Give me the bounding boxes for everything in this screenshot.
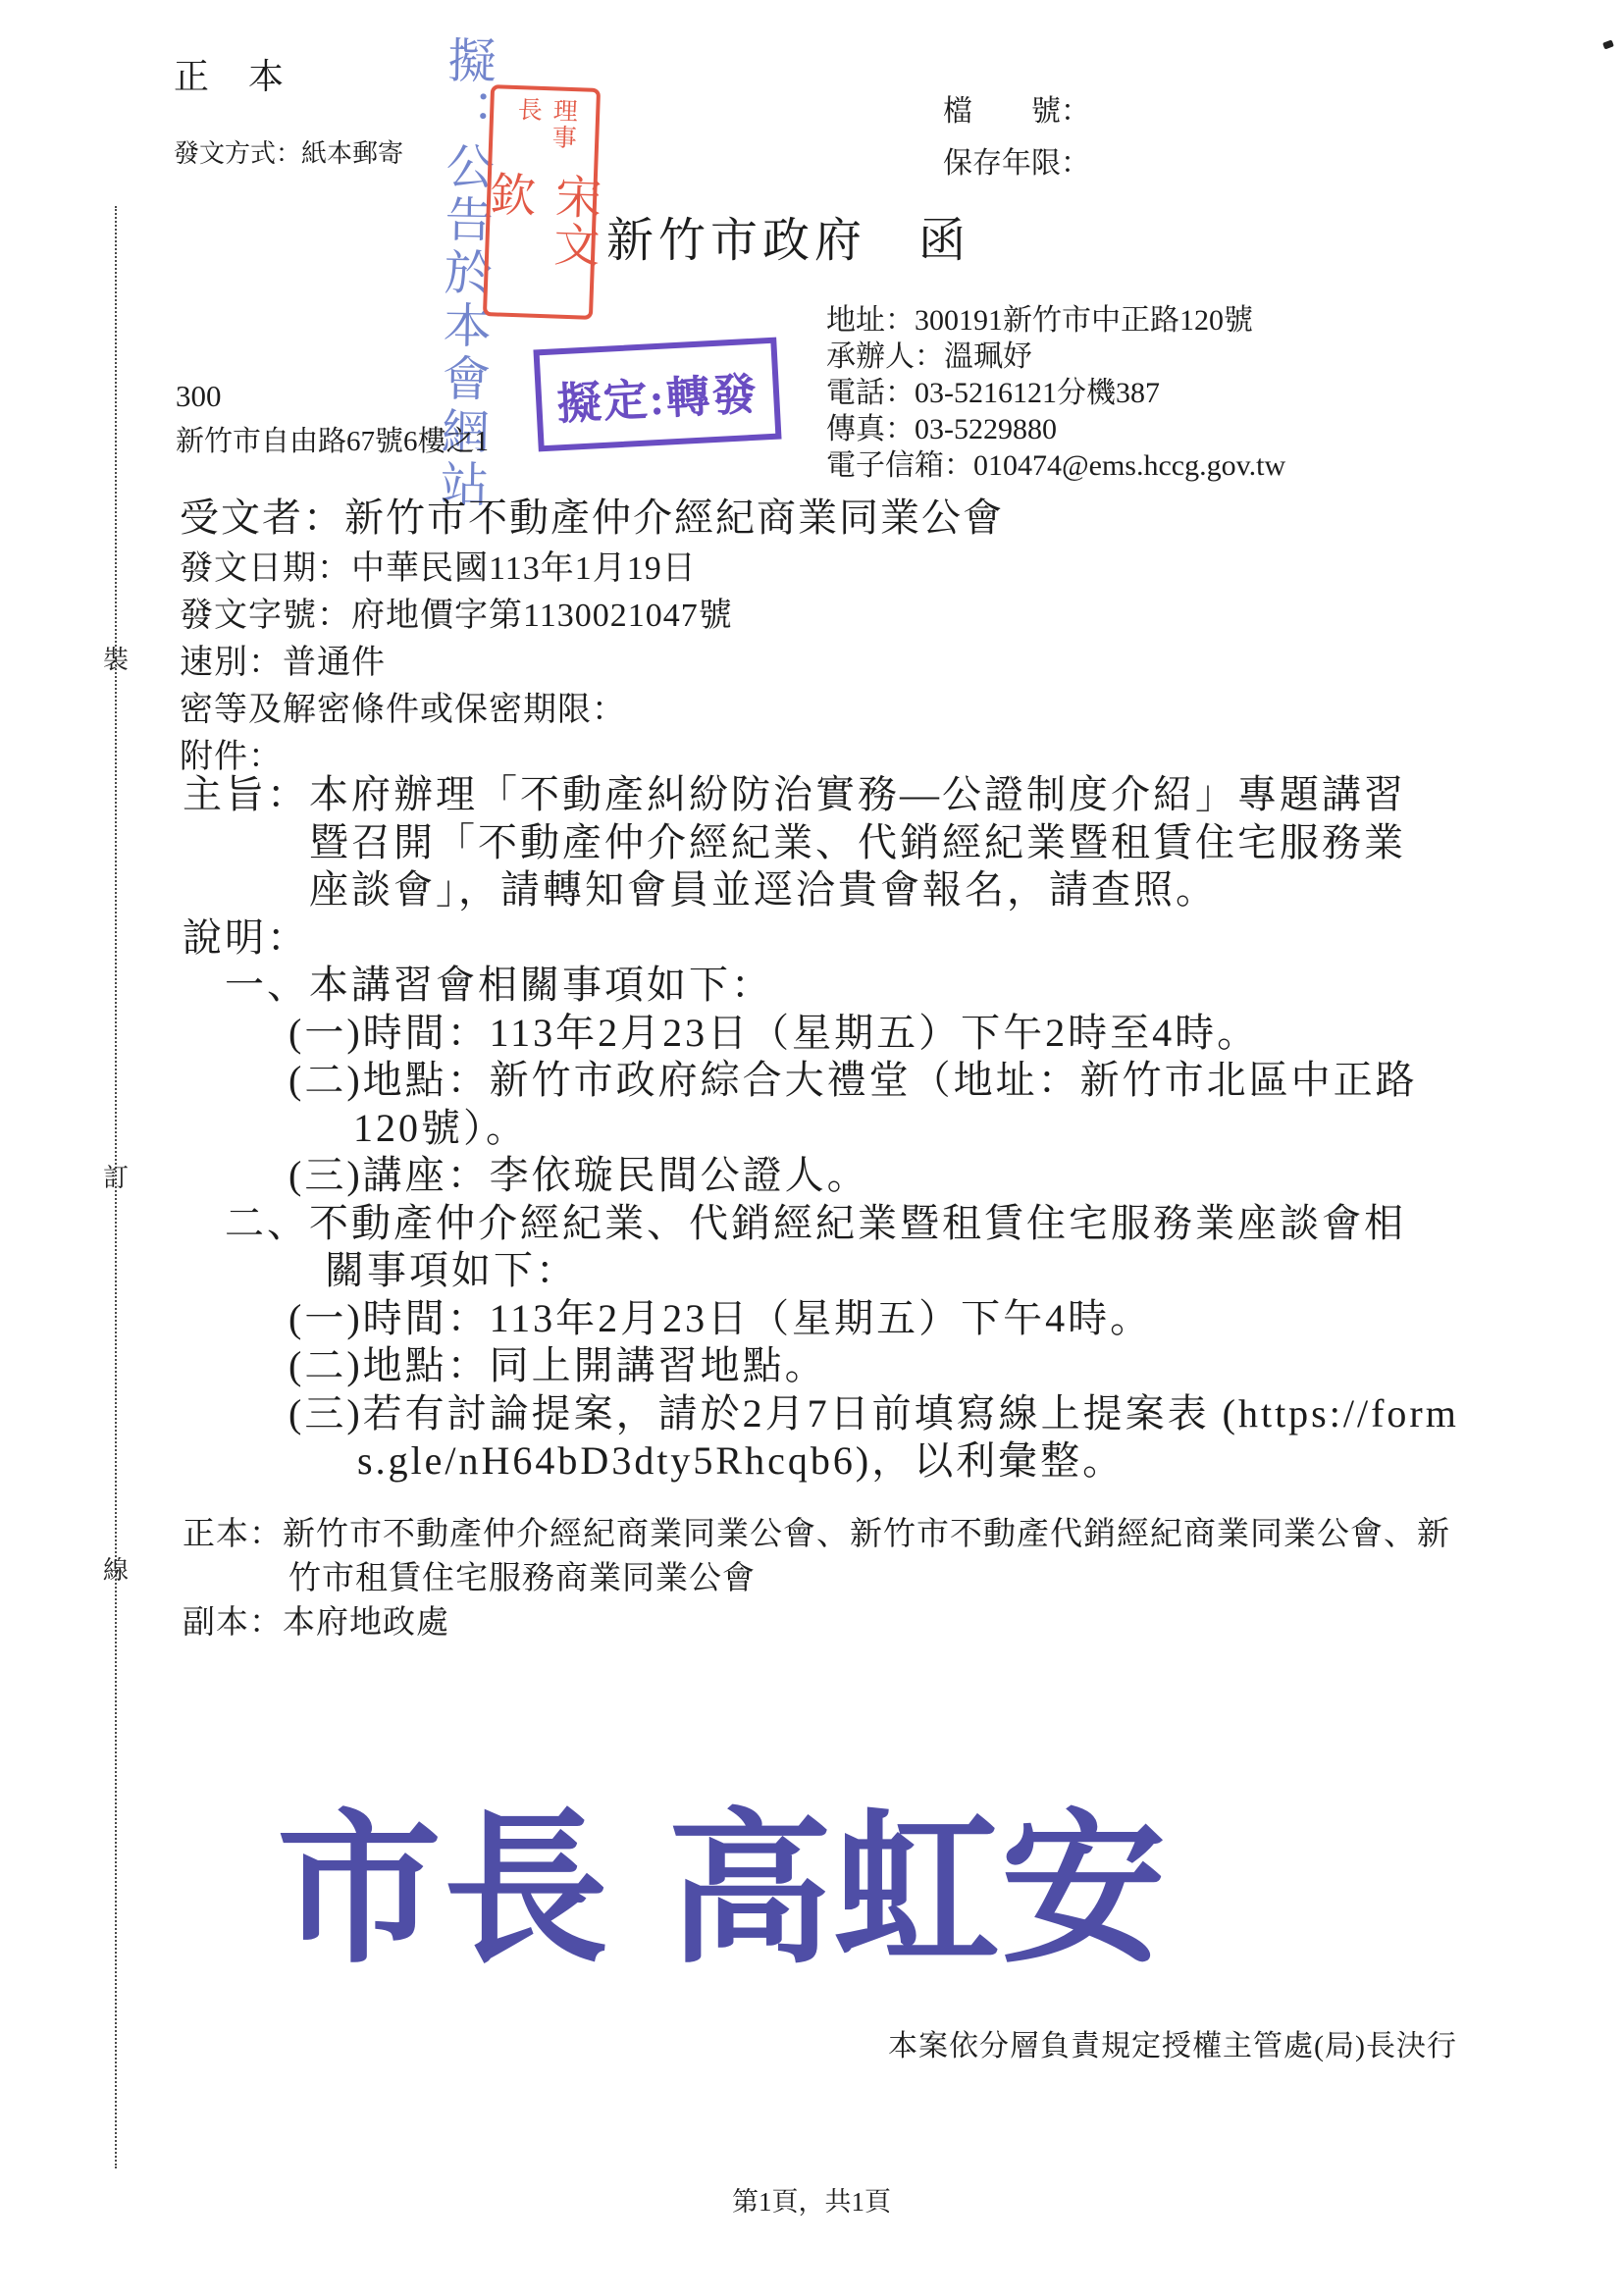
document-title: 新竹市政府 函 bbox=[606, 202, 970, 270]
meta-priority: 速別：普通件 bbox=[180, 640, 733, 687]
chairman-stamp-text: 理事長宋文欽 bbox=[472, 95, 610, 310]
distribution-original-cont: 竹市租賃住宅服務商業同業公會 bbox=[288, 1557, 1450, 1601]
binding-label-xian: 線 bbox=[99, 1550, 132, 1587]
explanation-heading: 說明： bbox=[183, 914, 1458, 963]
section-2-heading: 二、不動產仲介經紀業、代銷經紀業暨租賃住宅服務業座談會相 bbox=[225, 1200, 1458, 1248]
scan-artifact-mark bbox=[1602, 40, 1614, 50]
binding-label-ding: 訂 bbox=[99, 1158, 132, 1194]
subject-line-cont: 座談會」，請轉知會員並逕洽貴會報名，請查照。 bbox=[309, 866, 1458, 914]
section-2-item-2: (二)地點：同上開講習地點。 bbox=[288, 1342, 1458, 1390]
meta-doc-number: 發文字號：府地價字第1130021047號 bbox=[180, 593, 733, 640]
contact-officer: 承辦人：溫珮妤 bbox=[826, 339, 1285, 375]
meta-issue-date: 發文日期：中華民國113年1月19日 bbox=[180, 546, 733, 593]
contact-phone: 電話：03-5216121分機387 bbox=[826, 375, 1285, 411]
section-2-heading-cont: 關事項如下： bbox=[325, 1247, 1458, 1295]
retention-period-label: 保存年限： bbox=[943, 138, 1090, 182]
section-1-item-1: (一)時間：113年2月23日（星期五）下午2時至4時。 bbox=[288, 1010, 1458, 1058]
binding-label-zhuang: 裝 bbox=[99, 640, 132, 676]
section-2-item-3-cont: s.gle/nH64bD3dty5Rhcqb6)，以利彙整。 bbox=[357, 1437, 1458, 1486]
delivery-method-label: 發文方式：紙本郵寄 bbox=[174, 133, 403, 170]
chairman-name-stamp: 理事長宋文欽 bbox=[483, 84, 601, 320]
section-1-heading: 一、本講習會相關事項如下： bbox=[225, 962, 1458, 1010]
meta-security: 密等及解密條件或保密期限： bbox=[180, 687, 733, 734]
page-number: 第1頁，共1頁 bbox=[0, 2180, 1623, 2218]
subject-line: 主旨：本府辦理「不動產糾紛防治實務—公證制度介紹」專題講習 bbox=[183, 771, 1458, 819]
copy-type-label: 正 本 bbox=[174, 49, 286, 99]
chairman-stamp-name: 宋文欽 bbox=[472, 170, 608, 310]
mayor-signature-name: 高虹安 bbox=[667, 1800, 1168, 1983]
recipient-line: 受文者：新竹市不動產仲介經紀商業同業公會 bbox=[180, 487, 1004, 543]
section-2-item-3: (三)若有討論提案，請於2月7日前填寫線上提案表 (https://form bbox=[288, 1390, 1458, 1438]
distribution-block: 正本：新竹市不動產仲介經紀商業同業公會、新竹市不動產代銷經紀商業同業公會、新 竹… bbox=[183, 1513, 1450, 1645]
subject-line-cont: 暨召開「不動產仲介經紀業、代銷經紀業暨租賃住宅服務業 bbox=[309, 819, 1458, 867]
contact-email: 電子信箱：010474@ems.hccg.gov.tw bbox=[826, 447, 1285, 484]
contact-fax: 傳真：03-5229880 bbox=[826, 411, 1285, 447]
document-meta-block: 發文日期：中華民國113年1月19日 發文字號：府地價字第1130021047號… bbox=[180, 546, 733, 781]
chairman-stamp-title: 理事長 bbox=[507, 96, 581, 173]
recipient-street-address: 新竹市自由路67號6樓之1 bbox=[176, 419, 489, 459]
letter-body: 主旨：本府辦理「不動產糾紛防治實務—公證制度介紹」專題講習 暨召開「不動產仲介經… bbox=[183, 771, 1458, 1486]
official-letter-page: 裝 訂 線 正 本 發文方式：紙本郵寄 檔 號： 保存年限： 擬：公告於本會網站… bbox=[0, 0, 1623, 2296]
section-1-item-2: (二)地點：新竹市政府綜合大禮堂（地址：新竹市北區中正路 bbox=[288, 1057, 1458, 1105]
recipient-postal-code: 300 bbox=[176, 379, 222, 414]
file-number-label: 檔 號： bbox=[943, 86, 1090, 130]
agency-contact-block: 地址：300191新竹市中正路120號 承辦人：溫珮妤 電話：03-521612… bbox=[826, 302, 1285, 484]
section-1-item-2-cont: 120號）。 bbox=[353, 1105, 1458, 1153]
contact-address: 地址：300191新竹市中正路120號 bbox=[826, 302, 1285, 339]
section-2-item-1: (一)時間：113年2月23日（星期五）下午4時。 bbox=[288, 1295, 1458, 1343]
mayor-signature: 市長高虹安 bbox=[277, 1758, 1168, 1995]
draft-forward-stamp: 擬定:轉發 bbox=[533, 338, 781, 452]
authorization-note: 本案依分層負責規定授權主管處(局)長決行 bbox=[888, 2021, 1457, 2064]
distribution-copy: 副本：本府地政處 bbox=[183, 1601, 1450, 1645]
mayor-signature-title: 市長 bbox=[277, 1800, 610, 1983]
distribution-original: 正本：新竹市不動產仲介經紀商業同業公會、新竹市不動產代銷經紀商業同業公會、新 bbox=[183, 1513, 1450, 1557]
section-1-item-3: (三)講座：李依璇民間公證人。 bbox=[288, 1152, 1458, 1200]
